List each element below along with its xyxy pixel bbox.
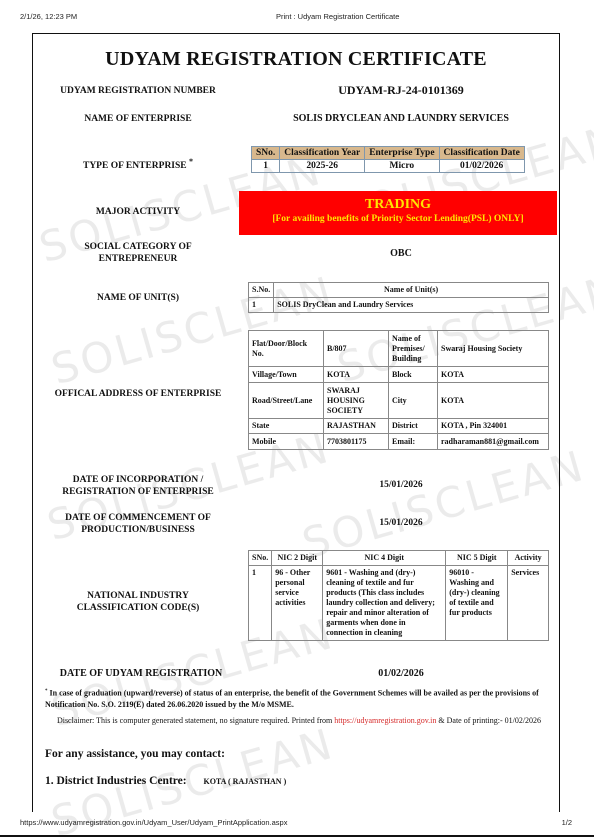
disclaimer: Disclaimer: This is computer generated s… xyxy=(45,715,553,726)
column-header: NIC 5 Digit xyxy=(446,551,508,566)
column-header: NIC 4 Digit xyxy=(323,551,446,566)
certificate-title: UDYAM REGISTRATION CERTIFICATE xyxy=(33,48,559,71)
address-table: Flat/Door/Block No. B/807 Name of Premis… xyxy=(248,330,549,450)
major-activity-note: [For availing benefits of Priority Secto… xyxy=(239,213,557,225)
page-number: 1/2 xyxy=(562,818,572,827)
print-page-title: Print : Udyam Registration Certificate xyxy=(276,12,399,21)
graduation-note: * In case of graduation (upward/reverse)… xyxy=(45,686,553,710)
table-row: 1 SOLIS DryClean and Laundry Services xyxy=(249,298,549,313)
table-row: 1 96 - Other personal service activities… xyxy=(249,566,549,641)
table-row: 1 2025-26 Micro 01/02/2026 xyxy=(252,160,525,173)
units-label: NAME OF UNIT(S) xyxy=(51,292,225,304)
column-header: Classification Year xyxy=(280,147,365,160)
udyam-date-label: DATE OF UDYAM REGISTRATION xyxy=(51,668,231,680)
major-activity-label: MAJOR ACTIVITY xyxy=(51,206,225,218)
udyam-date-value: 01/02/2026 xyxy=(251,668,551,679)
social-category-value: OBC xyxy=(251,248,551,259)
units-table: S.No. Name of Unit(s) 1 SOLIS DryClean a… xyxy=(248,282,549,313)
enterprise-type-label: TYPE OF ENTERPRISE * xyxy=(51,156,225,172)
social-category-label: SOCIAL CATEGORY OF ENTREPRENEUR xyxy=(51,241,225,265)
column-header: Name of Unit(s) xyxy=(274,283,549,298)
commencement-date: 15/01/2026 xyxy=(251,518,551,528)
column-header: NIC 2 Digit xyxy=(272,551,323,566)
print-url: https://www.udyamregistration.gov.in/Udy… xyxy=(20,818,287,827)
major-activity-banner: TRADING [For availing benefits of Priori… xyxy=(239,191,557,235)
print-timestamp: 2/1/26, 12:23 PM xyxy=(20,12,77,21)
classification-table: SNo. Classification Year Enterprise Type… xyxy=(251,146,525,173)
column-header: SNo. xyxy=(249,551,272,566)
major-activity-value: TRADING xyxy=(239,197,557,213)
incorporation-date: 15/01/2026 xyxy=(251,480,551,490)
column-header: SNo. xyxy=(252,147,280,160)
enterprise-name-label: NAME OF ENTERPRISE xyxy=(51,113,225,125)
registration-number-value: UDYAM-RJ-24-0101369 xyxy=(251,83,551,98)
certificate: UDYAM REGISTRATION CERTIFICATE SOLISCLEA… xyxy=(32,33,560,812)
registration-number-label: UDYAM REGISTRATION NUMBER xyxy=(51,85,225,97)
column-header: Enterprise Type xyxy=(365,147,439,160)
nic-table: SNo. NIC 2 Digit NIC 4 Digit NIC 5 Digit… xyxy=(248,550,549,641)
asterisk-marker: * xyxy=(189,157,193,166)
udyam-link[interactable]: https://udyamregistration.gov.in xyxy=(334,716,436,725)
divider xyxy=(0,835,594,837)
nic-label: NATIONAL INDUSTRY CLASSIFICATION CODE(S) xyxy=(51,590,225,614)
dic-value: KOTA ( RAJASTHAN ) xyxy=(203,777,286,786)
enterprise-name-value: SOLIS DRYCLEAN AND LAUNDRY SERVICES xyxy=(251,113,551,124)
district-industries-centre: 1. District Industries Centre: KOTA ( RA… xyxy=(45,775,286,787)
column-header: Classification Date xyxy=(439,147,524,160)
email-value: radharaman881@gmail.com xyxy=(438,434,549,450)
assistance-heading: For any assistance, you may contact: xyxy=(45,748,225,760)
address-label: OFFICAL ADDRESS OF ENTERPRISE xyxy=(43,388,233,400)
incorporation-label: DATE OF INCORPORATION / REGISTRATION OF … xyxy=(51,474,225,498)
column-header: Activity xyxy=(508,551,549,566)
column-header: S.No. xyxy=(249,283,274,298)
commencement-label: DATE OF COMMENCEMENT OF PRODUCTION/BUSIN… xyxy=(51,512,225,536)
